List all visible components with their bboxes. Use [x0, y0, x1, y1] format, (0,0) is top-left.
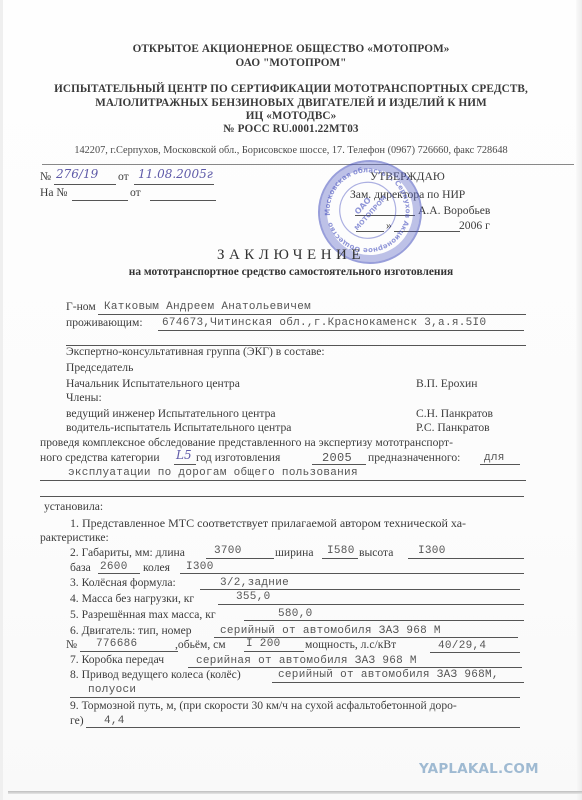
member-2-position: водитель-испытатель Испытательного центр…	[66, 421, 291, 434]
track-label: колея	[143, 561, 170, 574]
reply-date-underline	[150, 200, 216, 201]
curb-mass-underline	[218, 604, 524, 605]
engine-volume-underline	[244, 651, 304, 652]
owner-address-value: 674673,Читинская обл.,г.Краснокаменск 3,…	[162, 317, 486, 329]
curb-mass-value: 355,0	[236, 591, 271, 603]
approval-year: 2006 г	[459, 219, 490, 232]
member-1-name: С.Н. Панкратов	[416, 407, 493, 420]
company-name: ОТКРЫТОЕ АКЦИОНЕРНОЕ ОБЩЕСТВО «МОТОПРОМ»	[0, 43, 582, 55]
member-2-name: Р.С. Панкратов	[416, 421, 490, 434]
document-subtitle: на мототранспортное средство самостоятел…	[0, 266, 582, 278]
length-value: 3700	[214, 545, 242, 557]
reply-number-underline	[72, 200, 128, 201]
engine-number-value: 776686	[96, 638, 137, 650]
track-value: I300	[186, 561, 214, 573]
ref-date-underline	[134, 184, 214, 185]
purpose-value-a: для	[484, 452, 505, 464]
inspection-line-1: проведя комплексное обследование предста…	[40, 436, 453, 449]
inspection-year-label: год изготовления	[196, 451, 280, 464]
max-mass-label: 5. Разрешённая max масса, кг	[70, 608, 216, 621]
vehicle-category: L5	[176, 448, 192, 462]
ref-number-label: №	[40, 170, 51, 183]
brake-distance-underline	[86, 727, 520, 728]
engine-volume-label: ,обьём, см	[175, 638, 226, 651]
wheel-formula-value: 3/2,задние	[220, 577, 289, 589]
owner-name-underline	[98, 314, 526, 315]
owner-address-underline	[158, 330, 524, 331]
ref-number-value: 276/19	[56, 167, 98, 181]
site-watermark: YAPLAKAL.COM	[419, 761, 539, 777]
drive-a-underline	[272, 682, 524, 683]
engine-type-value: серийный от автомобиля ЗАЗ 968 М	[220, 625, 441, 637]
chair-position: Начальник Испытательного центра	[66, 377, 240, 390]
document-title: ЗАКЛЮЧЕНИЕ	[0, 247, 582, 264]
drive-value-b: полуоси	[88, 684, 136, 696]
dimensions-label: 2. Габариты, мм: длина	[70, 546, 185, 559]
company-short-name: ОАО "МОТОПРОМ"	[0, 57, 582, 69]
center-address: 142207, г.Серпухов, Московской обл., Бор…	[0, 145, 582, 156]
gearbox-value: серийная от автомобиля ЗАЗ 968 М	[196, 655, 417, 667]
engine-number-label: №	[66, 638, 77, 651]
finding-1-line-b: рактеристике:	[40, 531, 109, 544]
purpose-b-underline	[40, 480, 526, 481]
inspection-purpose-label: предназначенного:	[368, 451, 460, 464]
commission-intro: Экспертно-консультативная группа (ЭКГ) в…	[66, 345, 325, 358]
reply-date-label: от	[130, 186, 141, 199]
center-name-line1: ИСПЫТАТЕЛЬНЫЙ ЦЕНТР ПО СЕРТИФИКАЦИИ МОТО…	[0, 83, 582, 95]
document-page: ОТКРЫТОЕ АКЦИОНЕРНОЕ ОБЩЕСТВО «МОТОПРОМ»…	[0, 0, 582, 800]
width-label: ширина	[275, 546, 313, 559]
base-underline	[98, 573, 140, 574]
width-value: I580	[327, 545, 355, 557]
member-1-position: ведущий инженер Испытательного центра	[66, 407, 276, 420]
engine-number-underline	[80, 651, 178, 652]
brake-distance-value: 4,4	[104, 715, 125, 727]
engine-power-underline	[430, 652, 520, 653]
engine-power-value: 40/29,4	[438, 640, 486, 652]
brake-distance-label-b: ге)	[70, 714, 84, 727]
members-label: Члены:	[66, 391, 102, 404]
chair-label: Председатель	[66, 361, 133, 374]
wheel-formula-underline	[200, 589, 520, 590]
curb-mass-label: 4. Масса без нагрузки, кг	[70, 592, 194, 605]
height-underline	[408, 558, 524, 559]
track-underline	[180, 573, 524, 574]
base-value: 2600	[100, 561, 128, 573]
max-mass-underline	[244, 620, 524, 621]
owner-name-label: Г-ном	[66, 300, 96, 313]
drive-label: 8. Привод ведущего колеса (колёс)	[70, 668, 241, 681]
ref-date-label: от	[118, 170, 129, 183]
max-mass-value: 580,0	[278, 608, 313, 620]
brake-distance-label-a: 9. Тормозной путь, м, (при скорости 30 к…	[70, 699, 457, 712]
established-label: установила:	[44, 500, 103, 513]
engine-volume-value: I 200	[246, 638, 281, 650]
purpose-extra-line	[40, 496, 524, 497]
page-bottom-edge	[8, 791, 582, 794]
engine-power-label: мощность, л.с/кВт	[305, 638, 396, 651]
owner-name-value: Катковым Андреем Анатольевичем	[104, 301, 311, 313]
reply-number-label: На №	[40, 186, 67, 199]
center-abbrev: ИЦ «МОТОДВС»	[0, 110, 582, 122]
width-underline	[322, 558, 358, 559]
height-value: I300	[418, 545, 446, 557]
year-underline	[312, 464, 366, 465]
base-label: база	[70, 561, 91, 574]
accreditation-number: № РОСС RU.0001.22МТ03	[0, 123, 582, 135]
manufacture-year: 2005	[322, 451, 352, 465]
center-name-line2: МАЛОЛИТРАЖНЫХ БЕНЗИНОВЫХ ДВИГАТЕЛЕЙ И ИЗ…	[0, 97, 582, 109]
ref-date-value: 11.08.2005г	[138, 167, 213, 181]
gearbox-label: 7. Коробка передач	[70, 653, 164, 666]
owner-address-label: проживающим:	[66, 316, 143, 329]
wheel-formula-label: 3. Колёсная формула:	[70, 576, 176, 589]
header-divider	[42, 164, 574, 165]
engine-label: 6. Двигатель: тип, номер	[70, 624, 192, 637]
purpose-a-underline	[480, 464, 520, 465]
ref-number-underline	[54, 184, 116, 185]
drive-b-underline	[70, 697, 520, 698]
category-underline	[174, 464, 196, 465]
height-label: высота	[359, 546, 393, 559]
approver-name: А.А. Воробьев	[418, 204, 490, 217]
drive-value-a: серийный от автомобиля ЗАЗ 968М,	[278, 669, 499, 681]
finding-1-line-a: 1. Представленное МТС соответствует прил…	[70, 516, 466, 531]
inspection-category-label: ного средства категории	[40, 451, 160, 464]
chair-name: В.П. Ерохин	[416, 377, 477, 390]
length-underline	[206, 558, 274, 559]
purpose-value-b: эксплуатации по дорогам общего пользован…	[68, 467, 358, 479]
